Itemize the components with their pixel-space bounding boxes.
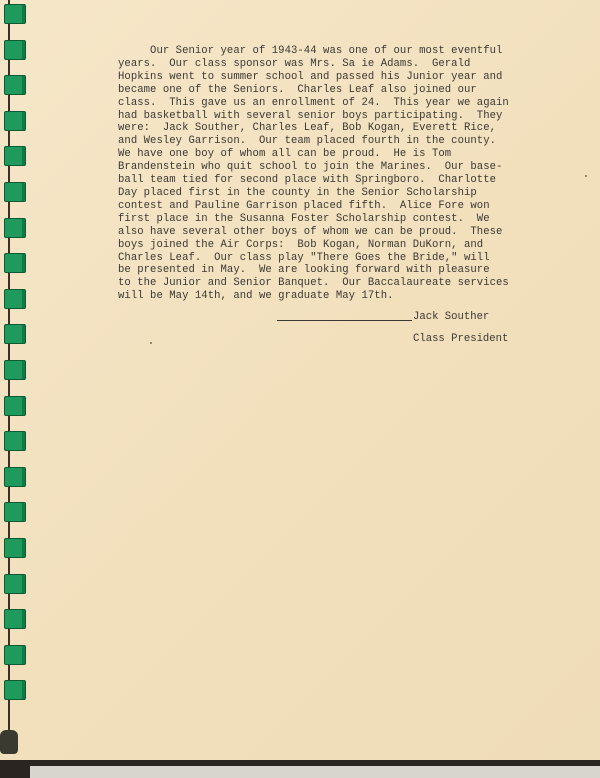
text-line: Day placed first in the county in the Se… — [118, 187, 558, 200]
text-line: Hopkins went to summer school and passed… — [118, 71, 558, 84]
binding-ring — [4, 40, 26, 60]
binding-ring — [4, 289, 26, 309]
binding-ring — [4, 218, 26, 238]
text-line: became one of the Seniors. Charles Leaf … — [118, 84, 558, 97]
binding-ring — [4, 680, 26, 700]
binding-ring — [4, 645, 26, 665]
signature-line — [277, 320, 412, 321]
text-line: class. This gave us an enrollment of 24.… — [118, 97, 558, 110]
spiral-binding — [0, 0, 40, 762]
text-line: Brandenstein who quit school to join the… — [118, 161, 558, 174]
text-line: be presented in May. We are looking forw… — [118, 264, 558, 277]
binding-ring — [4, 431, 26, 451]
binding-clip — [0, 730, 18, 754]
text-line: will be May 14th, and we graduate May 17… — [118, 290, 558, 303]
text-line: ball team tied for second place with Spr… — [118, 174, 558, 187]
binding-ring — [4, 324, 26, 344]
page-bottom-edge — [0, 760, 600, 778]
document-page: Our Senior year of 1943-44 was one of ou… — [0, 0, 600, 762]
binding-ring — [4, 75, 26, 95]
binding-ring — [4, 538, 26, 558]
signature-title: Class President — [413, 333, 508, 345]
binding-ring — [4, 4, 26, 24]
text-line: contest and Pauline Garrison placed fift… — [118, 200, 558, 213]
binding-ring — [4, 574, 26, 594]
binding-ring — [4, 396, 26, 416]
text-line: also have several other boys of whom we … — [118, 226, 558, 239]
binding-ring — [4, 146, 26, 166]
underlying-page — [30, 766, 600, 778]
signature-name: Jack Souther — [413, 311, 489, 323]
text-line: and Wesley Garrison. Our team placed fou… — [118, 135, 558, 148]
paper-speck — [585, 175, 587, 177]
text-line: boys joined the Air Corps: Bob Kogan, No… — [118, 239, 558, 252]
binding-ring — [4, 467, 26, 487]
text-line: We have one boy of whom all can be proud… — [118, 148, 558, 161]
paper-speck — [150, 342, 152, 344]
body-paragraph: Our Senior year of 1943-44 was one of ou… — [118, 45, 558, 303]
binding-ring — [4, 502, 26, 522]
binding-ring — [4, 182, 26, 202]
binding-ring — [4, 253, 26, 273]
text-line: Our Senior year of 1943-44 was one of ou… — [118, 45, 558, 58]
text-line: to the Junior and Senior Banquet. Our Ba… — [118, 277, 558, 290]
text-line: were: Jack Souther, Charles Leaf, Bob Ko… — [118, 122, 558, 135]
text-line: had basketball with several senior boys … — [118, 110, 558, 123]
text-line: years. Our class sponsor was Mrs. Sa ie … — [118, 58, 558, 71]
binding-ring — [4, 360, 26, 380]
text-line: Charles Leaf. Our class play "There Goes… — [118, 252, 558, 265]
binding-ring — [4, 111, 26, 131]
binding-ring — [4, 609, 26, 629]
text-line: first place in the Susanna Foster Schola… — [118, 213, 558, 226]
